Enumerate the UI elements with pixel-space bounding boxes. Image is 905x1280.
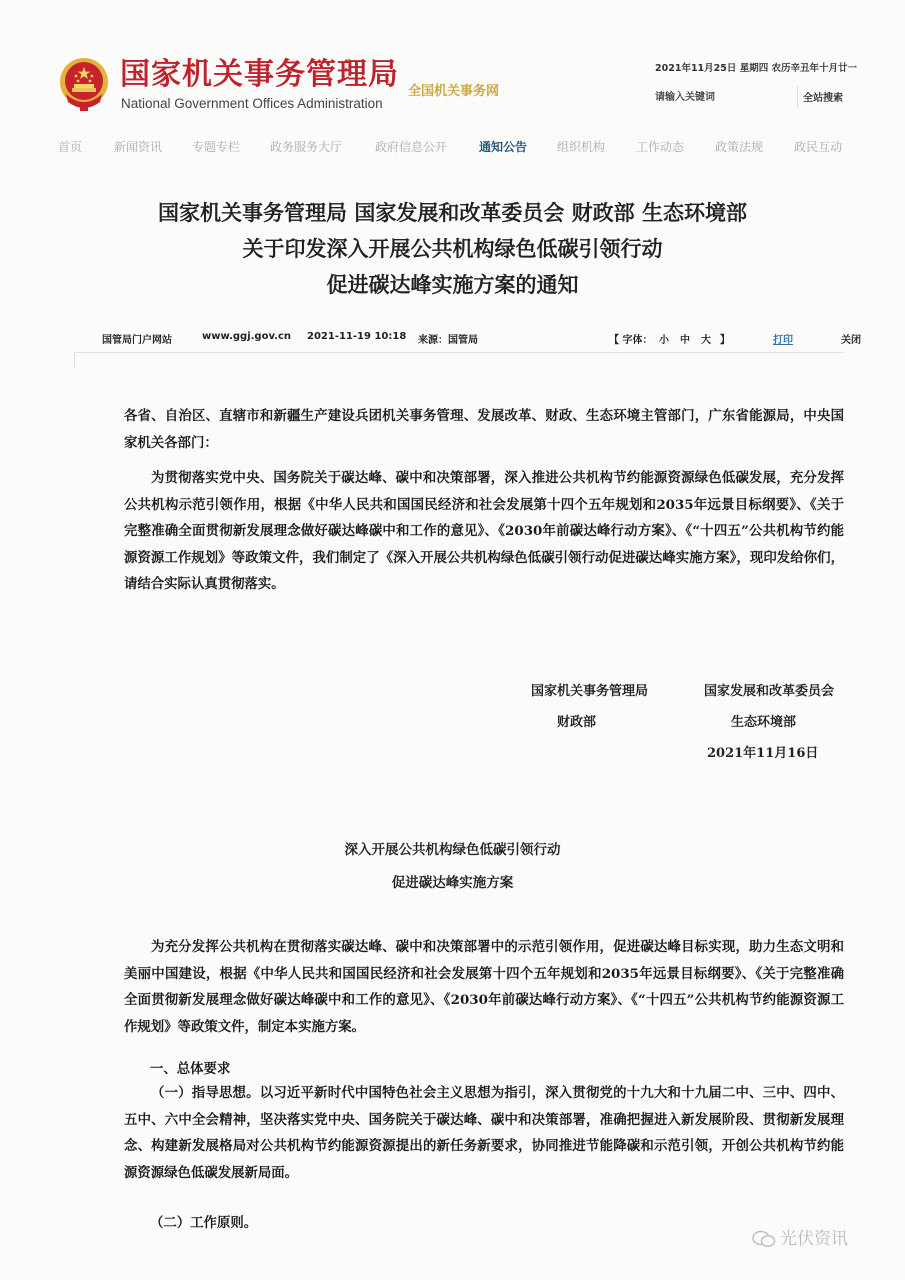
nav-item-interaction[interactable]: 政民互动 [794,138,842,155]
signatory: 生态环境部 [731,711,796,730]
meta-url: www.ggj.gov.cn [202,331,291,342]
nav-item-policies[interactable]: 政策法规 [715,138,763,155]
watermark: 光伏资讯 [752,1224,848,1249]
meta-divider [74,352,844,353]
nav-item-organization[interactable]: 组织机构 [557,138,605,155]
meta-datetime: 2021-11-19 10:18 [307,331,406,342]
nav-item-service-hall[interactable]: 政务服务大厅 [270,138,342,155]
font-size-label: 【 字体： [609,331,652,346]
date-line: 2021年11月25日 星期四 农历辛丑年十月廿一 [655,60,857,74]
wechat-icon [752,1230,776,1248]
intro-paragraph: 为贯彻落实党中央、国务院关于碳达峰、碳中和决策部署，深入推进公共机构节约能源资源… [124,465,844,598]
close-link[interactable]: 关闭 [841,331,861,346]
site-tagline: 全国机关事务网 [408,80,499,99]
meta-portal: 国管局门户网站 [102,331,172,346]
article-title-line: 国家机关事务管理局 国家发展和改革委员会 财政部 生态环境部 [0,195,905,231]
watermark-text: 光伏资讯 [780,1229,848,1249]
font-size-small-button[interactable]: 小 [659,331,669,346]
nav-item-home[interactable]: 首页 [58,138,82,155]
plan-title-line: 促进碳达峰实施方案 [0,871,905,891]
nav-item-gov-info[interactable]: 政府信息公开 [375,138,447,155]
site-search-button[interactable]: 全站搜索 [803,89,843,104]
article-meta: 国管局门户网站 www.ggj.gov.cn 2021-11-19 10:18 … [0,331,905,349]
nav-item-notices[interactable]: 通知公告 [479,138,527,155]
section-heading: 一、总体要求 [150,1058,230,1077]
national-emblem-icon [56,56,112,114]
article-title-line: 促进碳达峰实施方案的通知 [0,267,905,303]
site-title: 国家机关事务管理局 [120,58,399,92]
nav-item-work-updates[interactable]: 工作动态 [636,138,684,155]
plan-title-line: 深入开展公共机构绿色低碳引领行动 [0,838,905,858]
meta-source: 来源：国管局 [418,331,478,346]
article-title-line: 关于印发深入开展公共机构绿色低碳引领行动 [0,231,905,267]
issue-date: 2021年11月16日 [707,742,818,761]
main-nav: 首页 新闻资讯 专题专栏 政务服务大厅 政府信息公开 通知公告 组织机构 工作动… [0,138,905,160]
site-header: 国家机关事务管理局 National Government Offices Ad… [0,0,905,130]
signatory: 国家机关事务管理局 [531,680,648,699]
signatory: 国家发展和改革委员会 [704,680,834,699]
nav-item-news[interactable]: 新闻资讯 [114,138,162,155]
principles-heading: （二）工作原则。 [150,1212,257,1231]
font-size-medium-button[interactable]: 中 [680,331,690,346]
guiding-thought-label: （一）指导思想。 [151,1085,260,1101]
font-size-large-button[interactable]: 大 [701,331,711,346]
content-border [74,352,75,368]
print-link[interactable]: 打印 [773,331,793,346]
signatory: 财政部 [557,711,596,730]
site-subtitle: National Government Offices Administrati… [121,96,383,111]
guiding-thought-paragraph: （一）指导思想。以习近平新时代中国特色社会主义思想为指引，深入贯彻党的十九大和十… [124,1080,844,1186]
font-size-bracket: 】 [720,331,730,346]
article-title: 国家机关事务管理局 国家发展和改革委员会 财政部 生态环境部 关于印发深入开展公… [0,195,905,303]
plan-preamble: 为充分发挥公共机构在贯彻落实碳达峰、碳中和决策部署中的示范引领作用，促进碳达峰目… [124,934,844,1040]
nav-item-topics[interactable]: 专题专栏 [192,138,240,155]
search-divider [797,86,798,108]
search-input[interactable] [655,88,785,106]
addressee: 各省、自治区、直辖市和新疆生产建设兵团机关事务管理、发展改革、财政、生态环境主管… [124,403,844,456]
